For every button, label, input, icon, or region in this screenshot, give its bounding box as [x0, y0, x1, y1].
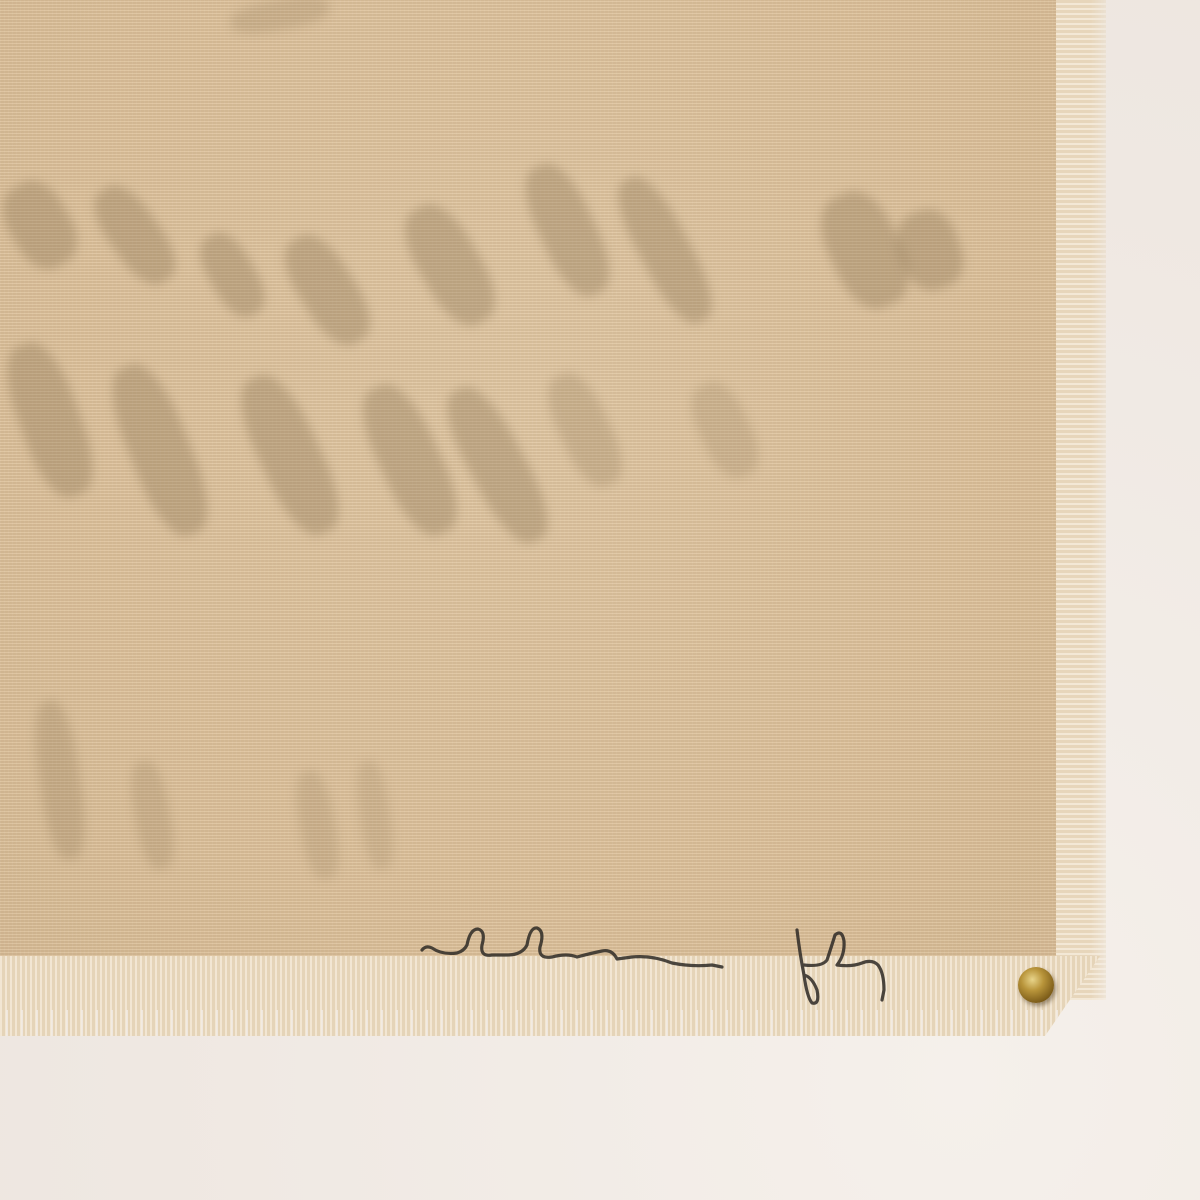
brush-stroke: [537, 365, 633, 495]
brush-stroke: [352, 758, 397, 871]
brush-stroke: [0, 171, 88, 279]
brush-stroke: [291, 768, 345, 882]
brass-pushpin: [1018, 967, 1054, 1003]
brush-stroke: [272, 225, 382, 356]
artist-signature: [412, 915, 937, 1010]
brush-stroke: [0, 335, 106, 506]
brush-stroke: [29, 698, 91, 862]
brush-stroke: [392, 194, 509, 337]
brush-stroke: [228, 0, 332, 38]
brush-stroke: [605, 168, 724, 333]
brush-stroke: [227, 365, 353, 544]
canvas-artwork: [0, 0, 1056, 956]
brush-stroke: [191, 225, 275, 325]
brush-stroke: [98, 355, 221, 544]
brush-stroke: [513, 155, 622, 305]
brush-stroke: [83, 176, 187, 295]
brush-stroke: [126, 758, 180, 872]
brush-stroke: [681, 374, 769, 486]
canvas-fringe-right: [1056, 0, 1106, 1000]
